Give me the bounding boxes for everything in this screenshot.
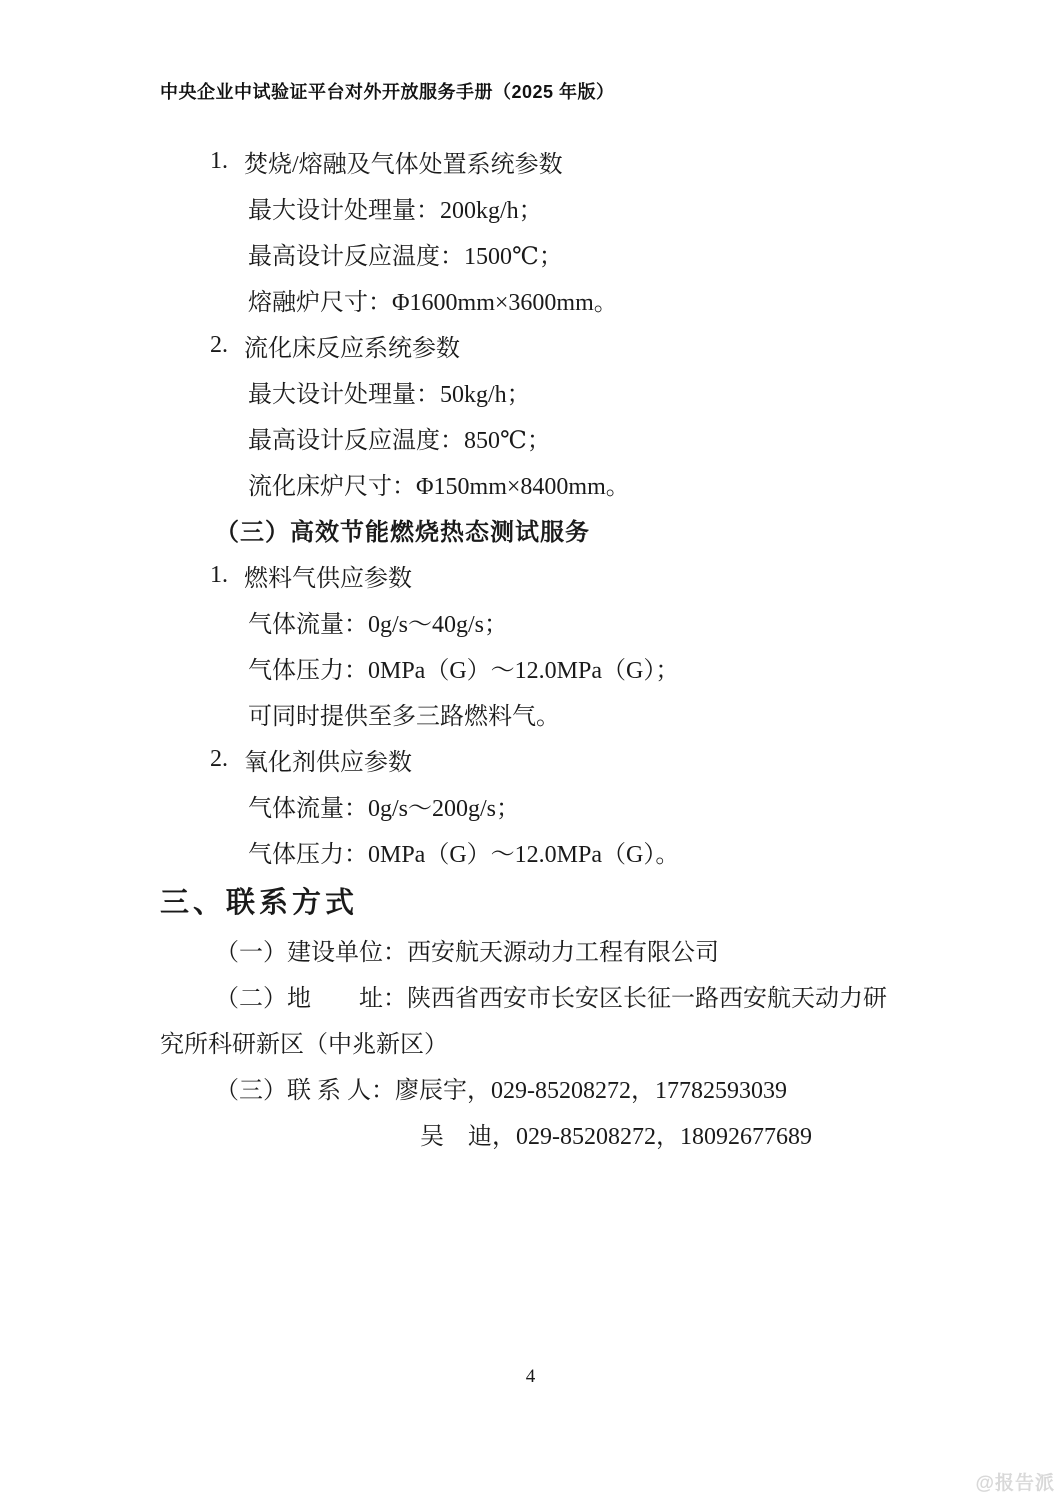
list-item-fluidized-bed: 2. 流化床反应系统参数	[160, 322, 920, 368]
detail-line: 流化床炉尺寸：Φ150mm×8400mm。	[160, 460, 920, 506]
detail-line: 最高设计反应温度：1500℃；	[160, 230, 920, 276]
item-number: 1.	[210, 148, 228, 175]
contact-address-continuation: 究所科研新区（中兆新区）	[160, 1018, 920, 1064]
item-title: 氧化剂供应参数	[244, 742, 412, 777]
detail-line: 气体流量：0g/s～200g/s；	[160, 782, 920, 828]
subsection-heading-hot-test: （三）高效节能燃烧热态测试服务	[160, 506, 920, 552]
page-number: 4	[0, 1366, 1061, 1388]
detail-line: 气体流量：0g/s～40g/s；	[160, 598, 920, 644]
section-heading-contact: 三、联系方式	[160, 874, 920, 926]
item-number: 2.	[210, 746, 228, 773]
contact-address-line: （二）地 址：陕西省西安市长安区长征一路西安航天动力研	[160, 972, 920, 1018]
detail-line: 气体压力：0MPa（G）～12.0MPa（G）；	[160, 644, 920, 690]
list-item-incineration: 1. 焚烧/熔融及气体处置系统参数	[160, 138, 920, 184]
contact-person-line-1: （三）联 系 人：廖辰宇，029-85208272，17782593039	[160, 1064, 920, 1110]
item-number: 2.	[210, 332, 228, 359]
item-title: 焚烧/熔融及气体处置系统参数	[244, 144, 563, 179]
detail-line: 最大设计处理量：50kg/h；	[160, 368, 920, 414]
detail-line: 最大设计处理量：200kg/h；	[160, 184, 920, 230]
contact-person-line-2: 吴 迪，029-85208272，18092677689	[160, 1110, 920, 1156]
document-content: 1. 焚烧/熔融及气体处置系统参数 最大设计处理量：200kg/h； 最高设计反…	[160, 138, 920, 1156]
page-header-title: 中央企业中试验证平台对外开放服务手册（2025 年版）	[160, 78, 615, 104]
item-number: 1.	[210, 562, 228, 589]
item-title: 燃料气供应参数	[244, 558, 412, 593]
detail-line: 可同时提供至多三路燃料气。	[160, 690, 920, 736]
detail-line: 气体压力：0MPa（G）～12.0MPa（G）。	[160, 828, 920, 874]
list-item-fuel-gas: 1. 燃料气供应参数	[160, 552, 920, 598]
list-item-oxidizer: 2. 氧化剂供应参数	[160, 736, 920, 782]
contact-builder-line: （一）建设单位：西安航天源动力工程有限公司	[160, 926, 920, 972]
document-page: 中央企业中试验证平台对外开放服务手册（2025 年版） 1. 焚烧/熔融及气体处…	[0, 0, 1061, 1500]
detail-line: 熔融炉尺寸：Φ1600mm×3600mm。	[160, 276, 920, 322]
item-title: 流化床反应系统参数	[244, 328, 460, 363]
detail-line: 最高设计反应温度：850℃；	[160, 414, 920, 460]
watermark-label: @报告派	[975, 1468, 1055, 1495]
